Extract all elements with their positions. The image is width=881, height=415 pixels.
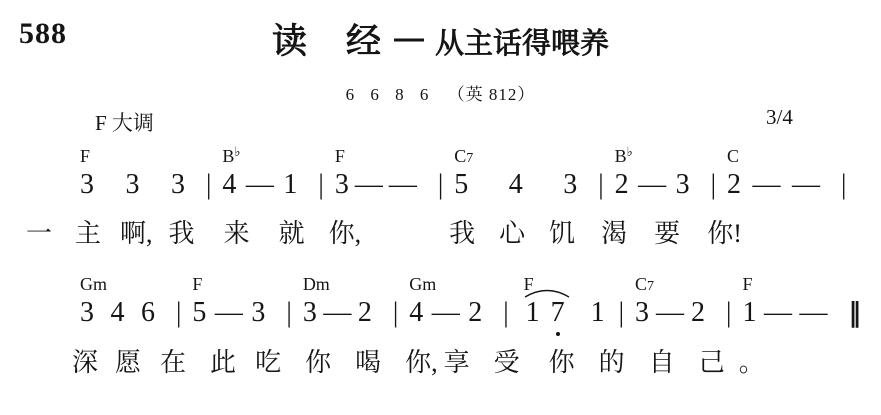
barline-end: | [840,167,847,201]
note: — [638,170,666,200]
measure: Gm 4 — 2 [399,298,502,328]
lyric-syllable: 在 [160,348,186,378]
lyric-syllable: 你 [305,348,331,378]
note: 1 [742,298,756,328]
note: 3 [171,170,185,200]
chord: Gm [80,271,107,296]
measure: Gm 3 4 6 [70,298,175,328]
chord-extension: 7 [466,151,473,166]
note: 7 [551,297,565,328]
chord: C [727,143,739,168]
chord: C7 [454,143,473,168]
lyric-syllable: 的 [599,348,625,378]
verse-number: 一 [26,219,52,249]
note: 2 [468,298,482,328]
lyric-syllable: 你! [707,219,742,249]
measure: B♭ 4 — 1 [212,170,317,200]
lyric-syllable: 要 [654,219,680,249]
lyric-syllable: 来 [224,219,250,249]
barline: | [437,167,444,201]
key-signature: F 大调 [95,107,154,137]
barline: | [175,295,182,329]
note: 2 [358,298,372,328]
measure: C7 5 4 3 [444,170,597,200]
chord-root: F [80,146,90,166]
note: 3 [80,170,94,200]
lyric-syllable: 深 [72,348,98,378]
note: 2 [615,170,629,200]
note: 3 [335,170,349,200]
lyric-syllable: 己 [699,348,725,378]
chord: F [192,271,202,296]
lyric-syllable: 渴 [601,219,627,249]
note: — [792,170,820,200]
chord-root: Dm [303,274,330,294]
note: 1 [283,170,297,200]
note: 3 [563,170,577,200]
measure: F 5 — 3 [182,298,285,328]
barline: | [392,295,399,329]
barline: | [725,295,732,329]
lyrics-line-1: 一 主 啊, 我 来 就 你, 我 心 饥 渴 要 你! [0,219,742,249]
lyric-syllable: 心 [499,219,525,249]
lyric-syllable: 你 [549,348,575,378]
measure: C 2 — — [717,170,840,200]
note: 4 [111,298,125,328]
note: — [246,170,274,200]
lyric-syllable: 我 [449,219,475,249]
hymn-sheet-page: 588 读 经 — 从主话得喂养 6 6 8 6 （英 812） F 大调 3/… [0,0,881,415]
hymn-meter: 6 6 8 6 [346,85,435,104]
chord-root: C [454,146,466,166]
chord-extension: 7 [647,279,654,294]
lyric-syllable: 饥 [549,219,575,249]
music-line-1: F 3 3 3 | B♭ 4 — 1 | F 3 — — | C7 5 4 3 … [70,168,847,200]
note: — [215,298,243,328]
lyric-syllable: 此 [210,348,236,378]
lyrics-line-2: 深 愿 在 此 吃 你 喝 你, 享 受 你 的 自 己 。 [0,348,765,378]
note: — [355,170,383,200]
note: — [323,298,351,328]
note: 3 [635,298,649,328]
lyric-syllable: 受 [494,348,520,378]
lyric-syllable: 主 [75,219,101,249]
note: 2 [727,170,741,200]
note: — [799,298,827,328]
note: — [656,298,684,328]
lyric-punctuation: 。 [739,348,765,378]
measure-with-slur: F 1 7 1 [510,298,618,328]
lyric-syllable: 你, [329,219,362,249]
chord: B♭ [615,143,633,168]
chord-root: Gm [80,274,107,294]
meter-row: 6 6 8 6 （英 812） [0,80,881,105]
chord-accidental: ♭ [627,144,633,159]
measure: B♭ 2 — 3 [605,170,710,200]
barline: | [597,167,604,201]
note: 1 [591,298,605,328]
hymn-meter-reference: （英 812） [448,85,536,104]
chord-root: F [335,146,345,166]
note: 3 [676,170,690,200]
page-title: 读 经 [272,22,383,61]
note: — [432,298,460,328]
final-double-barline: ‖ [847,296,860,329]
note: 5 [454,170,468,200]
lyric-syllable: 我 [169,219,195,249]
note: 3 [126,170,140,200]
slur-group: 1 7 [526,298,565,328]
measure: C7 3 — 2 [625,298,725,328]
note: 3 [303,298,317,328]
note: 4 [409,298,423,328]
lyric-syllable: 享 [444,348,470,378]
chord: Dm [303,271,330,296]
barline: | [285,295,292,329]
chord-root: F [192,274,202,294]
page-subtitle: 从主话得喂养 [435,28,609,60]
measure: F 3 — — [325,170,437,200]
note: 2 [691,298,705,328]
note-low-octave: 7 [551,298,565,328]
note: 4 [509,170,523,200]
chord-root: F [742,274,752,294]
time-signature: 3/4 [766,105,793,130]
lyric-syllable: 喝 [355,348,381,378]
chord: F [742,271,752,296]
note: 6 [141,298,155,328]
lyric-syllable: 愿 [115,348,141,378]
lyric-syllable: 自 [649,348,675,378]
title-row: 读 经 — 从主话得喂养 [0,14,881,64]
note: 5 [192,298,206,328]
measure: F 3 3 3 [70,170,205,200]
chord: Gm [409,271,436,296]
measure: F 1 — — [732,298,847,328]
chord: C7 [635,271,654,296]
lyric-syllable: 就 [279,219,305,249]
barline: | [205,167,212,201]
note: 4 [222,170,236,200]
barline: | [317,167,324,201]
note: — [753,170,781,200]
note: 1 [526,298,540,328]
chord-root: C [727,146,739,166]
note: — [389,170,417,200]
chord: F [80,143,90,168]
chord: B♭ [222,143,240,168]
note: 3 [80,298,94,328]
chord-root: B [615,146,627,166]
note: — [764,298,792,328]
note: 3 [251,298,265,328]
measure: Dm 3 — 2 [293,298,392,328]
lyric-syllable: 啊, [120,219,153,249]
barline: | [710,167,717,201]
lyric-syllable: 你, [405,348,438,378]
chord-root: C [635,274,647,294]
low-octave-dot [556,332,560,336]
lyric-syllable: 吃 [255,348,281,378]
chord-root: B [222,146,234,166]
title-dash: — [394,22,424,55]
barline: | [618,295,625,329]
barline: | [502,295,509,329]
chord-accidental: ♭ [234,144,240,159]
chord: F [335,143,345,168]
music-line-2: Gm 3 4 6 | F 5 — 3 | Dm 3 — 2 | Gm 4 — 2… [70,296,860,328]
chord-root: Gm [409,274,436,294]
